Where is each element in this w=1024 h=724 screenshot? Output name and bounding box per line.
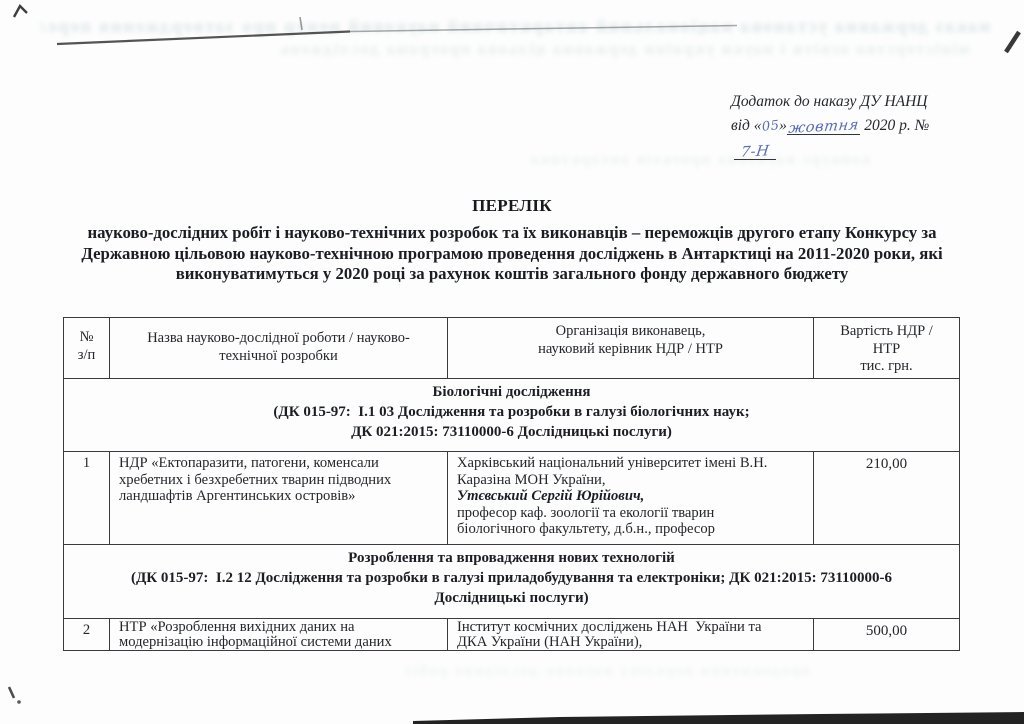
scan-tick-mark	[300, 17, 302, 30]
order-number-underline: 7-Н	[734, 143, 776, 160]
work-title-cell: НДР «Ектопаразити, патогени, коменсали х…	[110, 452, 448, 544]
corner-mark-top-right	[1006, 32, 1019, 52]
section-row-new-technologies: Розроблення та впровадження нових технол…	[64, 545, 959, 619]
scanned-document-page: наказ державна установа національний ант…	[0, 0, 1024, 724]
row-number-cell: 1	[64, 452, 110, 544]
table-row: 2 НТР «Розроблення вихідних даних на мод…	[64, 619, 959, 650]
organization-name: Інститут космічних досліджень НАН Україн…	[457, 620, 805, 650]
cost-cell: 210,00	[814, 452, 959, 544]
annex-note-line1: Додаток до наказу ДУ НАНЦ	[731, 90, 971, 114]
bleed-through-ghost-text: продовження переліку науково-дослідних р…	[90, 663, 810, 680]
annex-note: Додаток до наказу ДУ НАНЦ від «05»жовтня…	[731, 90, 971, 163]
organization-name: Харківський національний університет іме…	[457, 455, 805, 488]
corner-mark-bottom-left	[9, 687, 14, 698]
speck-bottom-left	[17, 700, 21, 704]
work-title-cell: НТР «Розроблення вихідних даних на модер…	[110, 619, 448, 650]
handwritten-day: 05	[760, 114, 780, 140]
scan-fold-line-faint	[350, 26, 737, 32]
section-header-text: Біологічні дослідження (ДК 015-97: І.1 0…	[64, 379, 959, 451]
document-title: ПЕРЕЛІК	[32, 196, 992, 216]
title-block: ПЕРЕЛІК науково-дослідних робіт і науков…	[32, 196, 992, 285]
section-header-text: Розроблення та впровадження нових технол…	[64, 545, 959, 618]
corner-mark-top-left	[14, 6, 27, 17]
principal-investigator-name: Утєвський Сергій Юрійович,	[457, 488, 805, 505]
works-table: № з/п Назва науково-дослідної роботи / н…	[63, 317, 960, 651]
scan-edge-band-bottom	[413, 712, 1024, 724]
annex-close-quote: »	[779, 117, 787, 134]
annex-year-part: 2020 р. №	[860, 117, 929, 134]
table-header-row: № з/п Назва науково-дослідної роботи / н…	[64, 318, 959, 379]
header-cost-column: Вартість НДР / НТР тис. грн.	[814, 318, 959, 378]
row-number-cell: 2	[64, 619, 110, 650]
principal-investigator-role: професор каф. зоології та екології твари…	[457, 505, 805, 538]
header-work-title-column: Назва науково-дослідної роботи / науково…	[110, 318, 448, 378]
bleed-through-ghost-text: міністерство освіти і науки україни держ…	[60, 41, 970, 59]
organization-cell: Харківський національний університет іме…	[448, 452, 814, 544]
header-number-column: № з/п	[64, 318, 110, 378]
cost-cell: 500,00	[814, 619, 959, 650]
annex-date-prefix: від «	[731, 117, 762, 134]
document-subtitle: науково-дослідних робіт і науково-техніч…	[32, 223, 992, 285]
handwritten-order-number: 7-Н	[740, 144, 770, 160]
organization-cell: Інститут космічних досліджень НАН Україн…	[448, 619, 814, 650]
scan-fold-line	[57, 32, 350, 45]
month-underline: жовтня	[787, 118, 861, 135]
annex-note-line2: від «05»жовтня 2020 р. №7-Н	[731, 114, 971, 163]
table-row: 1 НДР «Ектопаразити, патогени, коменсали…	[64, 452, 959, 545]
bleed-through-ghost-text: наказ державна установа національний ант…	[40, 16, 990, 37]
section-row-biological-research: Біологічні дослідження (ДК 015-97: І.1 0…	[64, 379, 959, 452]
header-organization-column: Організація виконавець, науковий керівни…	[448, 318, 814, 378]
handwritten-month: жовтня	[787, 118, 859, 137]
